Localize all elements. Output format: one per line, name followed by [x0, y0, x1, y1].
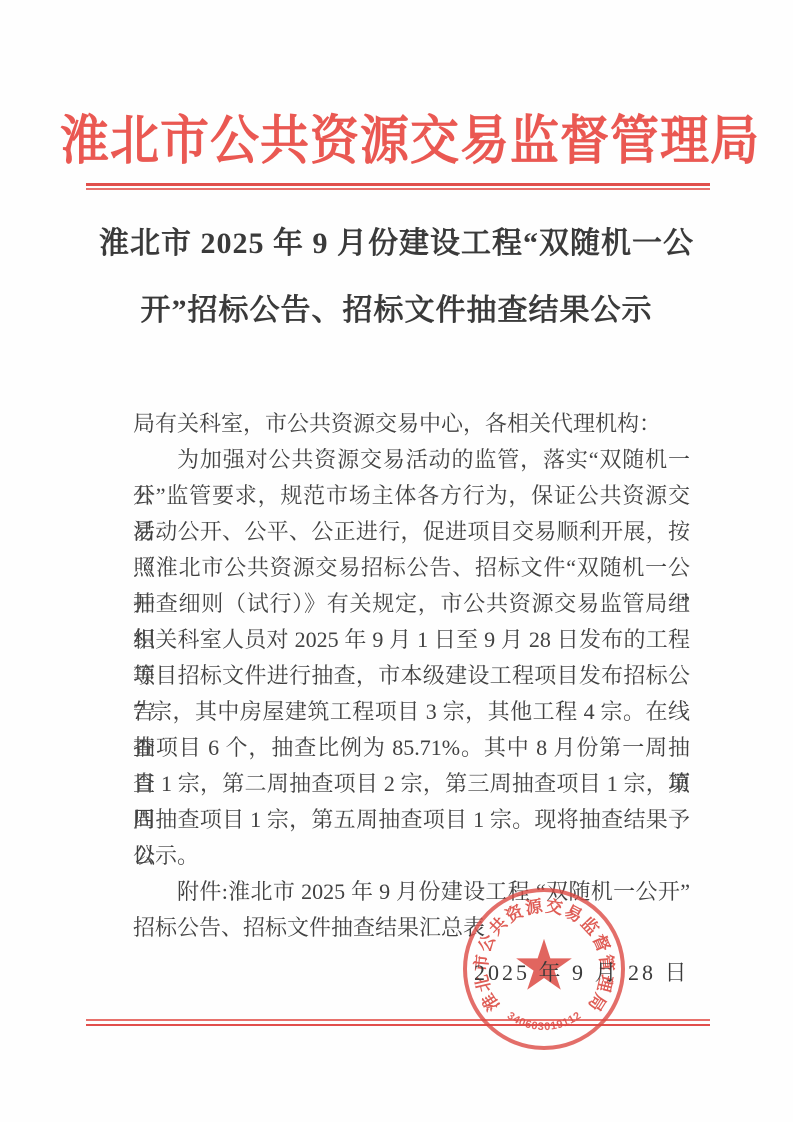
body-line: 项目招标文件进行抽查，市本级建设工程项目发布招标公告 [133, 658, 690, 694]
body-line: 抽查细则（试行）》有关规定，市公共资源交易监管局组织 [133, 586, 690, 622]
document-title-line1: 淮北市 2025 年 9 月份建设工程“双随机一公 [40, 210, 753, 277]
body-line: 《淮北市公共资源交易招标公告、招标文件“双随机一公开” [133, 550, 690, 586]
scanned-official-document-page: 淮北市公共资源交易监督管理局 淮北市 2025 年 9 月份建设工程“双随机一公… [0, 0, 793, 1122]
document-body: 局有关科室，市公共资源交易中心，各相关代理机构：为加强对公共资源交易活动的监管，… [133, 406, 690, 946]
document-title: 淮北市 2025 年 9 月份建设工程“双随机一公 开”招标公告、招标文件抽查结… [40, 210, 753, 344]
body-line: 周抽查项目 1 宗，第五周抽查项目 1 宗。现将抽查结果予以 [133, 802, 690, 838]
body-line: 为加强对公共资源交易活动的监管，落实“双随机一公 [133, 442, 690, 478]
footer-rule-bottom-line [86, 1024, 710, 1026]
body-line: 7 宗，其中房屋建筑工程项目 3 宗，其他工程 4 宗。在线抽 [133, 694, 690, 730]
body-line: 查项目 6 个，抽查比例为 85.71%。其中 8 月份第一周抽查项 [133, 730, 690, 766]
letterhead-rule-thin-line [86, 188, 710, 190]
body-line: 相关科室人员对 2025 年 9 月 1 日至 9 月 28 日发布的工程等 [133, 622, 690, 658]
issue-date: 2025 年 9 月 28 日 [474, 956, 690, 987]
body-line: 开”监管要求，规范市场主体各方行为，保证公共资源交易 [133, 478, 690, 514]
document-title-line2: 开”招标公告、招标文件抽查结果公示 [40, 277, 753, 344]
footer-double-rule [86, 1019, 710, 1026]
body-line: 活动公开、公平、公正进行，促进项目交易顺利开展，按照 [133, 514, 690, 550]
letterhead-double-rule [86, 183, 710, 190]
body-line: 局有关科室，市公共资源交易中心，各相关代理机构： [133, 406, 690, 442]
body-line: 目 1 宗，第二周抽查项目 2 宗，第三周抽查项目 1 宗，第四 [133, 766, 690, 802]
body-line: 附件:淮北市 2025 年 9 月份建设工程 “双随机一公开” [133, 874, 690, 910]
letterhead-org-name: 淮北市公共资源交易监督管理局 [60, 99, 733, 175]
body-line: 公示。 [133, 838, 690, 874]
